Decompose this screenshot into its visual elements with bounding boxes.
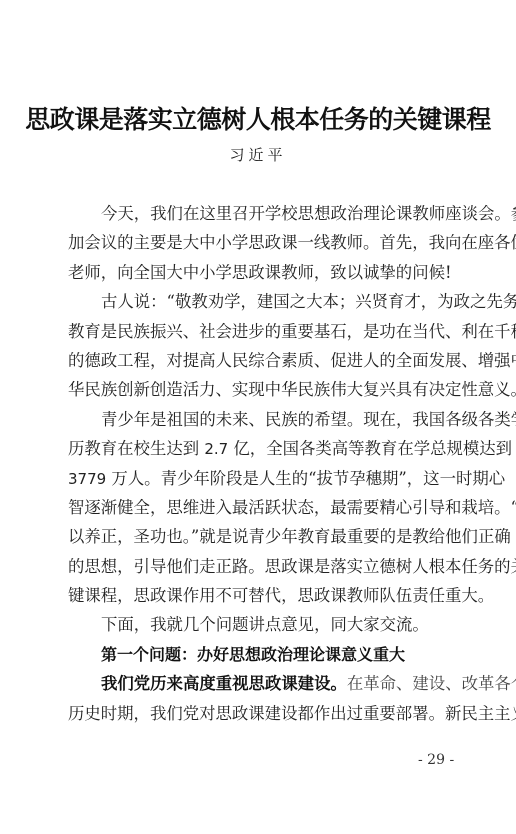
body-line: 教育是民族振兴、社会进步的重要基石，是功在当代、利在千秋 [68,317,454,346]
body-line: 的思想，引导他们走正路。思政课是落实立德树人根本任务的关 [68,552,454,581]
body-line: 以养正，圣功也。”就是说青少年教育最重要的是教给他们正确 [68,522,454,551]
text-segment: 亿，全国各类高等教育在学总规模达到 [228,439,512,458]
document-body: 今天，我们在这里召开学校思想政治理论课教师座谈会。参 加会议的主要是大中小学思政… [68,199,454,728]
body-line: 历教育在校生达到 2.7 亿，全国各类高等教育在学总规模达到 [68,434,454,463]
text-segment: 历教育在校生达到 [68,439,204,458]
statistic-number: 3779 [68,470,106,488]
text-segment: 在革命、建设、改革各个 [347,674,516,693]
body-line: 智逐渐健全，思维进入最活跃状态，最需要精心引导和栽培。“蒙 [68,493,454,522]
body-line: 华民族创新创造活力、实现中华民族伟大复兴具有决定性意义。 [68,375,454,404]
section-heading: 第一个问题：办好思想政治理论课意义重大 [68,640,454,669]
text-segment: 万人。青少年阶段是人生的“拔节孕穗期”，这一时期心 [106,469,505,488]
bold-lead-sentence: 我们党历来高度重视思政课建设。 [101,674,347,693]
body-line: 3779 万人。青少年阶段是人生的“拔节孕穗期”，这一时期心 [68,464,454,493]
body-line: 加会议的主要是大中小学思政课一线教师。首先，我向在座各位 [68,228,454,257]
body-line: 我们党历来高度重视思政课建设。在革命、建设、改革各个 [68,669,454,698]
body-line: 青少年是祖国的未来、民族的希望。现在，我国各级各类学 [68,405,454,434]
statistic-number: 2.7 [204,440,228,458]
body-line: 下面，我就几个问题讲点意见，同大家交流。 [68,610,454,639]
document-author: 习近平 [0,144,516,165]
body-line: 键课程，思政课作用不可替代，思政课教师队伍责任重大。 [68,581,454,610]
body-line: 的德政工程，对提高人民综合素质、促进人的全面发展、增强中 [68,346,454,375]
document-title: 思政课是落实立德树人根本任务的关键课程 [0,100,516,136]
page-number: - 29 - [418,752,454,768]
body-line: 历史时期，我们党对思政课建设都作出过重要部署。新民主主义 [68,699,454,728]
body-line: 今天，我们在这里召开学校思想政治理论课教师座谈会。参 [68,199,454,228]
body-line: 老师，向全国大中小学思政课教师，致以诚挚的问候! [68,258,454,287]
body-line: 古人说：“敬教劝学，建国之大本；兴贤育才，为政之先务。” [68,287,454,316]
